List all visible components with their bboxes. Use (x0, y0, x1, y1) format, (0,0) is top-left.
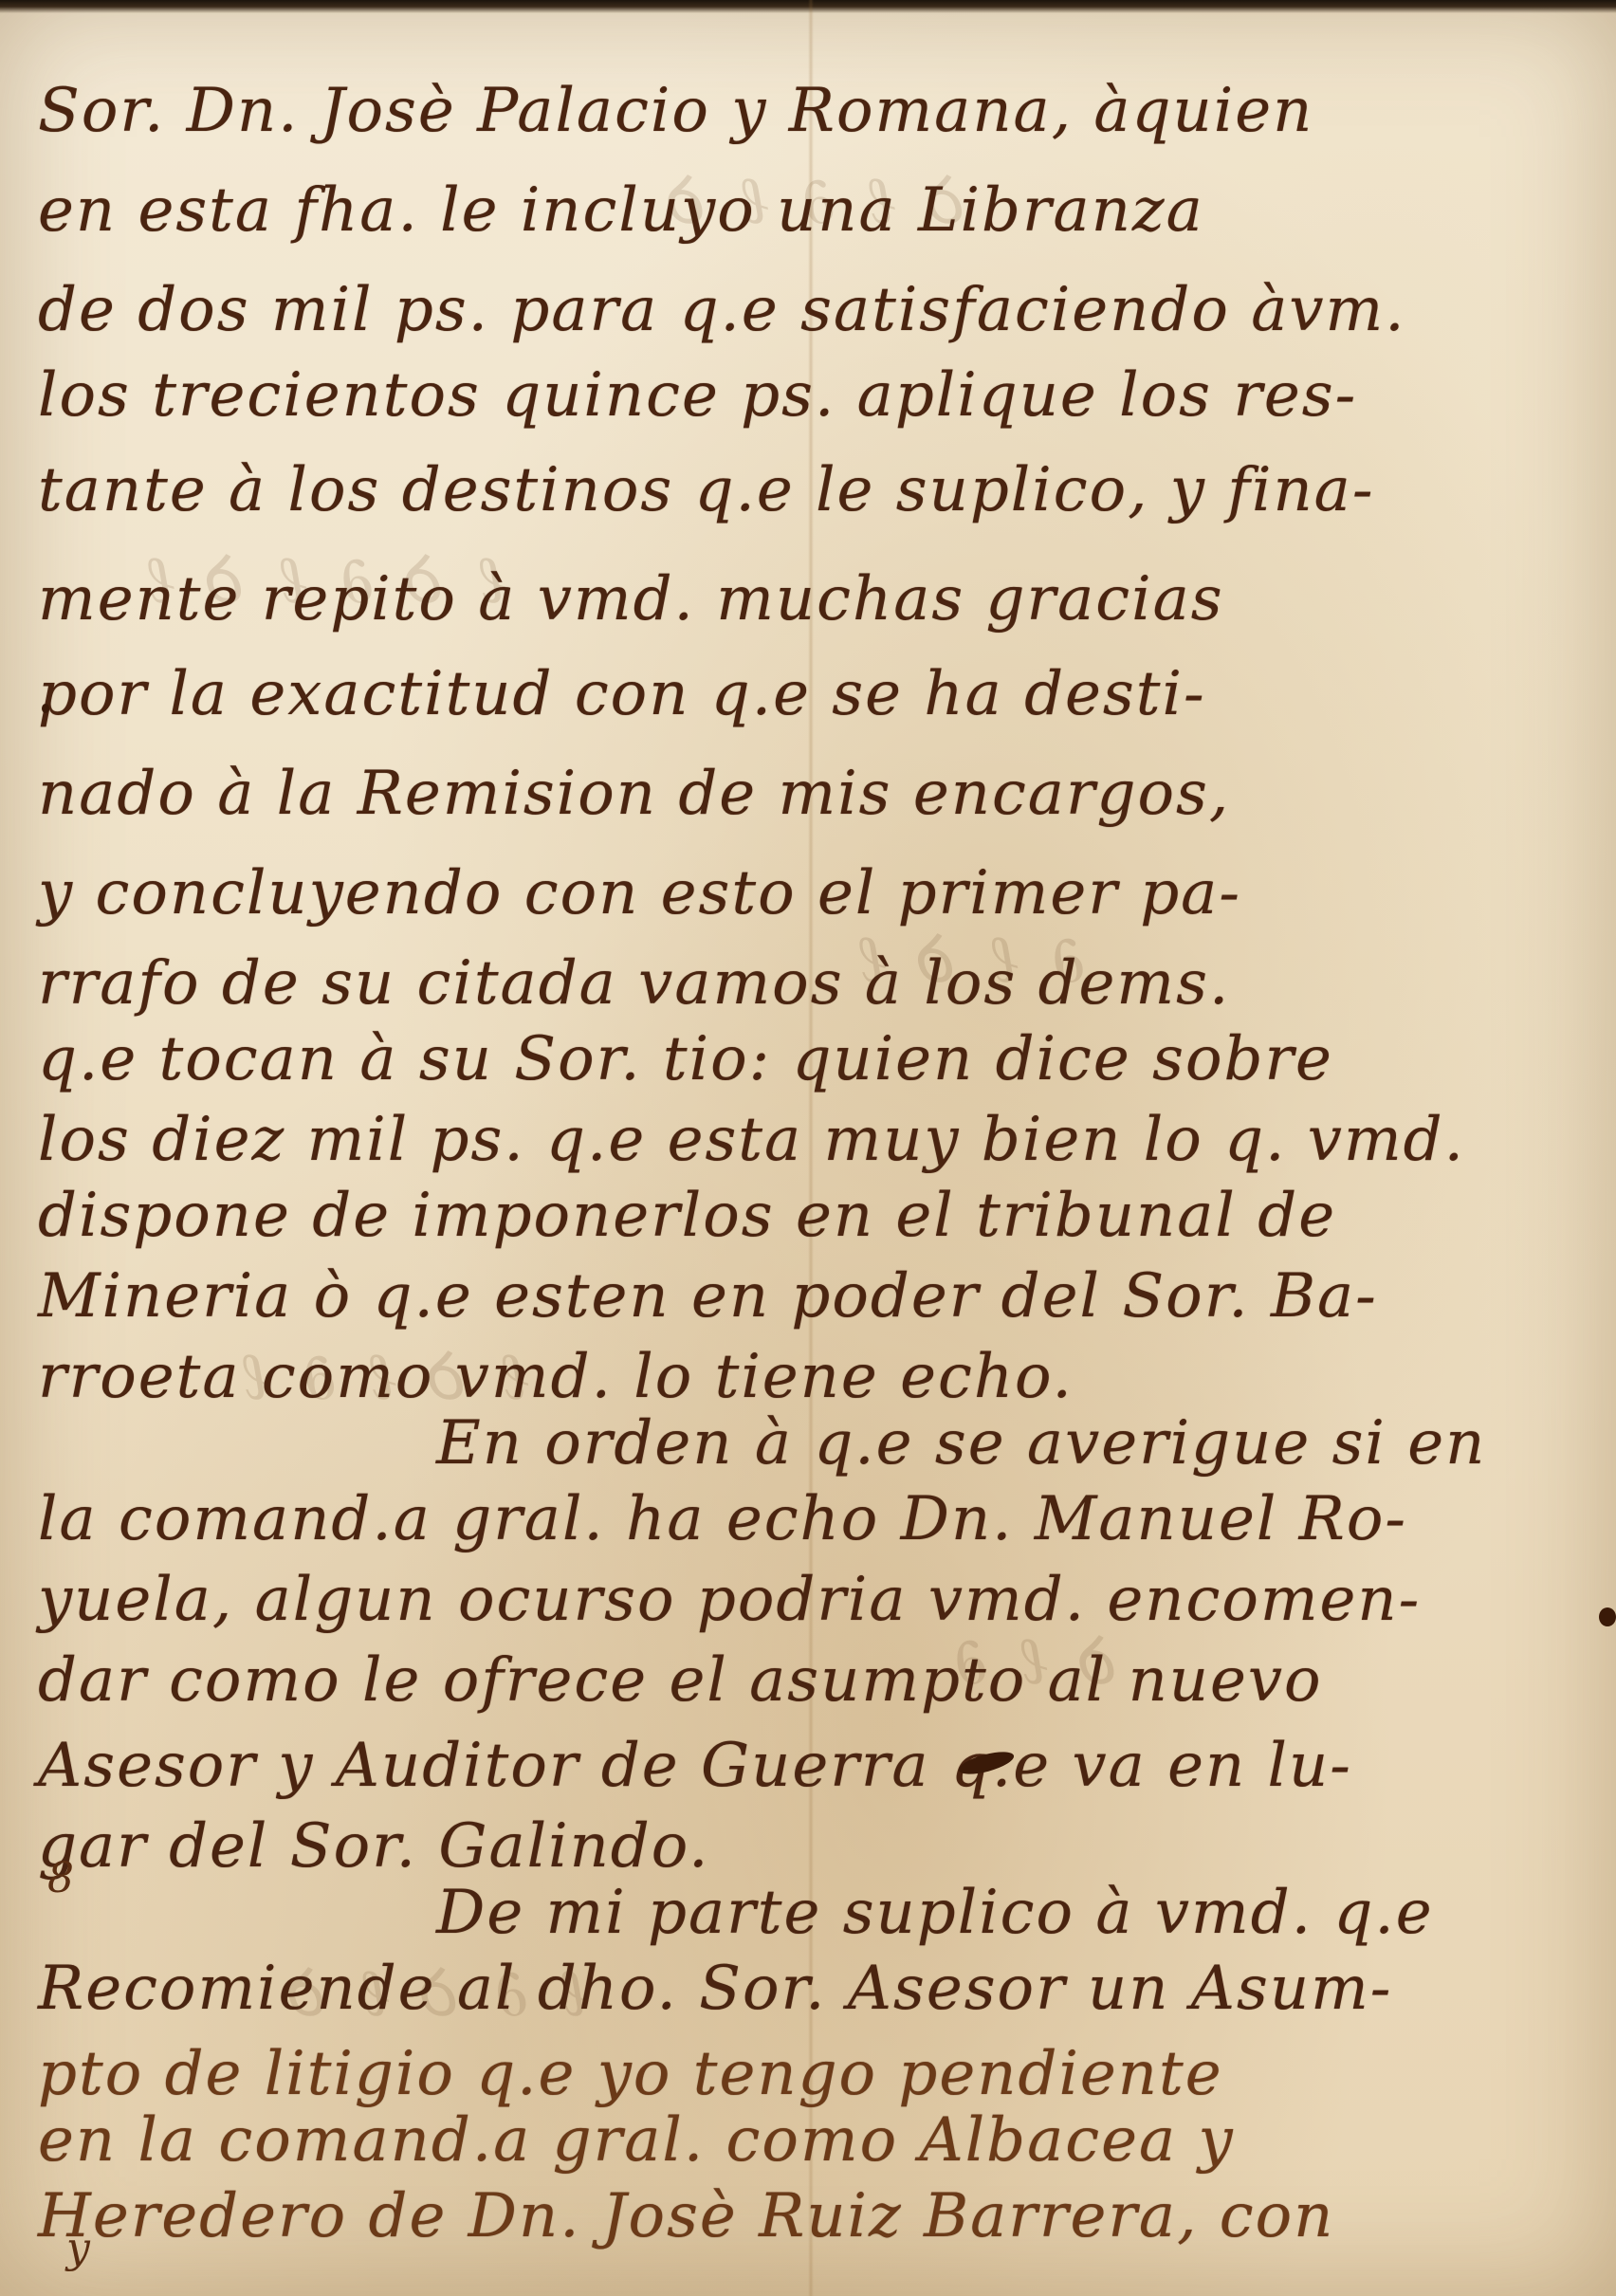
text-line: y concluyendo con esto el primer pa- (38, 858, 1241, 928)
text-line: pto de litigio q.e yo tengo pendiente (38, 2039, 1223, 2109)
text-line-paragraph-start: En orden à q.e se averigue si en (38, 1408, 1486, 1479)
text-line: los diez mil ps. q.e esta muy bien lo q.… (38, 1105, 1465, 1175)
text-line: dispone de imponerlos en el tribunal de (38, 1181, 1336, 1251)
text-line: tante à los destinos q.e le suplico, y f… (38, 455, 1374, 525)
text-line: rrafo de su citada vamos à los dems. (38, 948, 1230, 1019)
text-line: Heredero de Dn. Josè Ruiz Barrera, con (38, 2181, 1334, 2251)
text-line: los trecientos quince ps. aplique los re… (38, 360, 1357, 431)
text-line: en la comand.a gral. como Albacea y (38, 2105, 1235, 2176)
text-line: nado à la Remision de mis encargos, (38, 759, 1230, 829)
text-line: Recomiende al dho. Sor. Asesor un Asum- (38, 1954, 1392, 2024)
text-line: rroeta como vmd. lo tiene echo. (38, 1342, 1074, 1412)
text-line: de dos mil ps. para q.e satisfaciendo àv… (38, 275, 1406, 345)
text-line: gar del Sor. Galindo. (38, 1811, 710, 1882)
text-line: Asesor y Auditor de Guerra q.e va en lu- (38, 1731, 1352, 1801)
text-line: Sor. Dn. Josè Palacio y Romana, àquien (38, 76, 1313, 146)
margin-mark: y (66, 2224, 90, 2272)
text-line: mente repito à vmd. muchas gracias (38, 564, 1224, 634)
margin-mark: 8 (47, 1854, 74, 1902)
text-line: Mineria ò q.e esten en poder del Sor. Ba… (38, 1261, 1378, 1332)
ink-blot (42, 704, 49, 713)
text-line: por la exactitud con q.e se ha desti- (38, 659, 1206, 729)
text-line: q.e tocan à su Sor. tio: quien dice sobr… (38, 1024, 1333, 1094)
text-line-paragraph-start: De mi parte suplico à vmd. q.e (38, 1878, 1434, 1948)
manuscript-page: ꝺ ℓ ∂ ℓ ꝺ ℓ ꝺ ∂ ℓ ꝺ ℓ ∂ ℓ ꝺ ℓ ℓ ꝺ ℓ ∂ ℓ … (0, 0, 1616, 2296)
text-line: en esta fha. le incluyo una Libranza (38, 175, 1204, 246)
text-line: dar como le ofrece el asumpto al nuevo (38, 1645, 1323, 1716)
ink-blot (1599, 1607, 1616, 1626)
text-line: yuela, algun ocurso podria vmd. encomen- (38, 1565, 1421, 1635)
text-line: la comand.a gral. ha echo Dn. Manuel Ro- (38, 1484, 1407, 1554)
